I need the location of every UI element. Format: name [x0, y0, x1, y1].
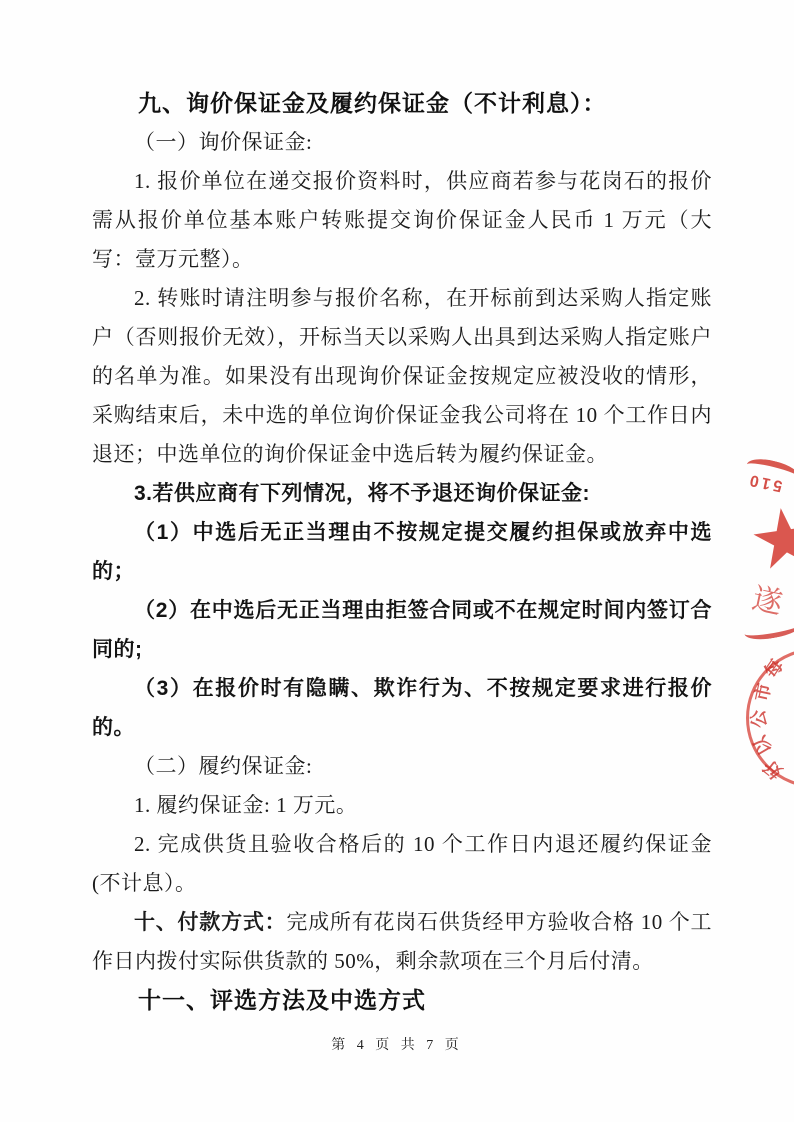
star-icon: ★	[739, 498, 794, 583]
seal-character-fragment: 遂	[749, 573, 787, 622]
seal-digits: 510	[746, 469, 785, 494]
seal-upper-arc	[744, 455, 794, 487]
section-heading-9: 九、询价保证金及履约保证金（不计利息）：	[92, 84, 712, 123]
subsection-1-title: （一）询价保证金:	[92, 123, 712, 162]
page-number: 第 4 页 共 7 页	[0, 1034, 794, 1054]
forfeit-item-1: （1）中选后无正当理由不按规定提交履约担保或放弃中选的；	[92, 513, 712, 591]
document-page: 九、询价保证金及履约保证金（不计利息）： （一）询价保证金: 1. 报价单位在递…	[0, 0, 794, 1122]
seal-rim-char: 公	[744, 708, 772, 729]
seal-lower-arc	[743, 615, 794, 643]
deposit-paragraph-1: 1. 报价单位在递交报价资料时，供应商若参与花岗石的报价需从报价单位基本账户转账…	[92, 162, 712, 279]
payment-paragraph: 十、付款方式：完成所有花岗石供货经甲方验收合格 10 个工作日内拨付实际供货款的…	[92, 903, 712, 981]
seal-rim-char: 每	[757, 653, 789, 683]
section-heading-11: 十一、评选方法及中选方式	[92, 981, 712, 1020]
seal-rim-char: 好	[757, 754, 787, 786]
performance-paragraph-2: 2. 完成供货且验收合格后的 10 个工作日内退还履约保证金(不计息）。	[92, 825, 712, 903]
deposit-paragraph-3: 3.若供应商有下列情况，将不予退还询价保证金:	[92, 474, 712, 513]
section-heading-10: 十、付款方式：	[134, 911, 286, 934]
document-body: 九、询价保证金及履约保证金（不计利息）： （一）询价保证金: 1. 报价单位在递…	[92, 84, 712, 1020]
deposit-paragraph-2: 2. 转账时请注明参与报价名称，在开标前到达采购人指定账户（否则报价无效），开标…	[92, 279, 712, 474]
performance-paragraph-1: 1. 履约保证金: 1 万元。	[92, 786, 712, 825]
subsection-2-title: （二）履约保证金:	[92, 747, 712, 786]
forfeit-item-2: （2）在中选后无正当理由拒签合同或不在规定时间内签订合同的;	[92, 591, 712, 669]
seal-rim-char: 市	[747, 680, 776, 703]
forfeit-item-3: （3）在报价时有隐瞒、欺诈行为、不按规定要求进行报价的。	[92, 669, 712, 747]
